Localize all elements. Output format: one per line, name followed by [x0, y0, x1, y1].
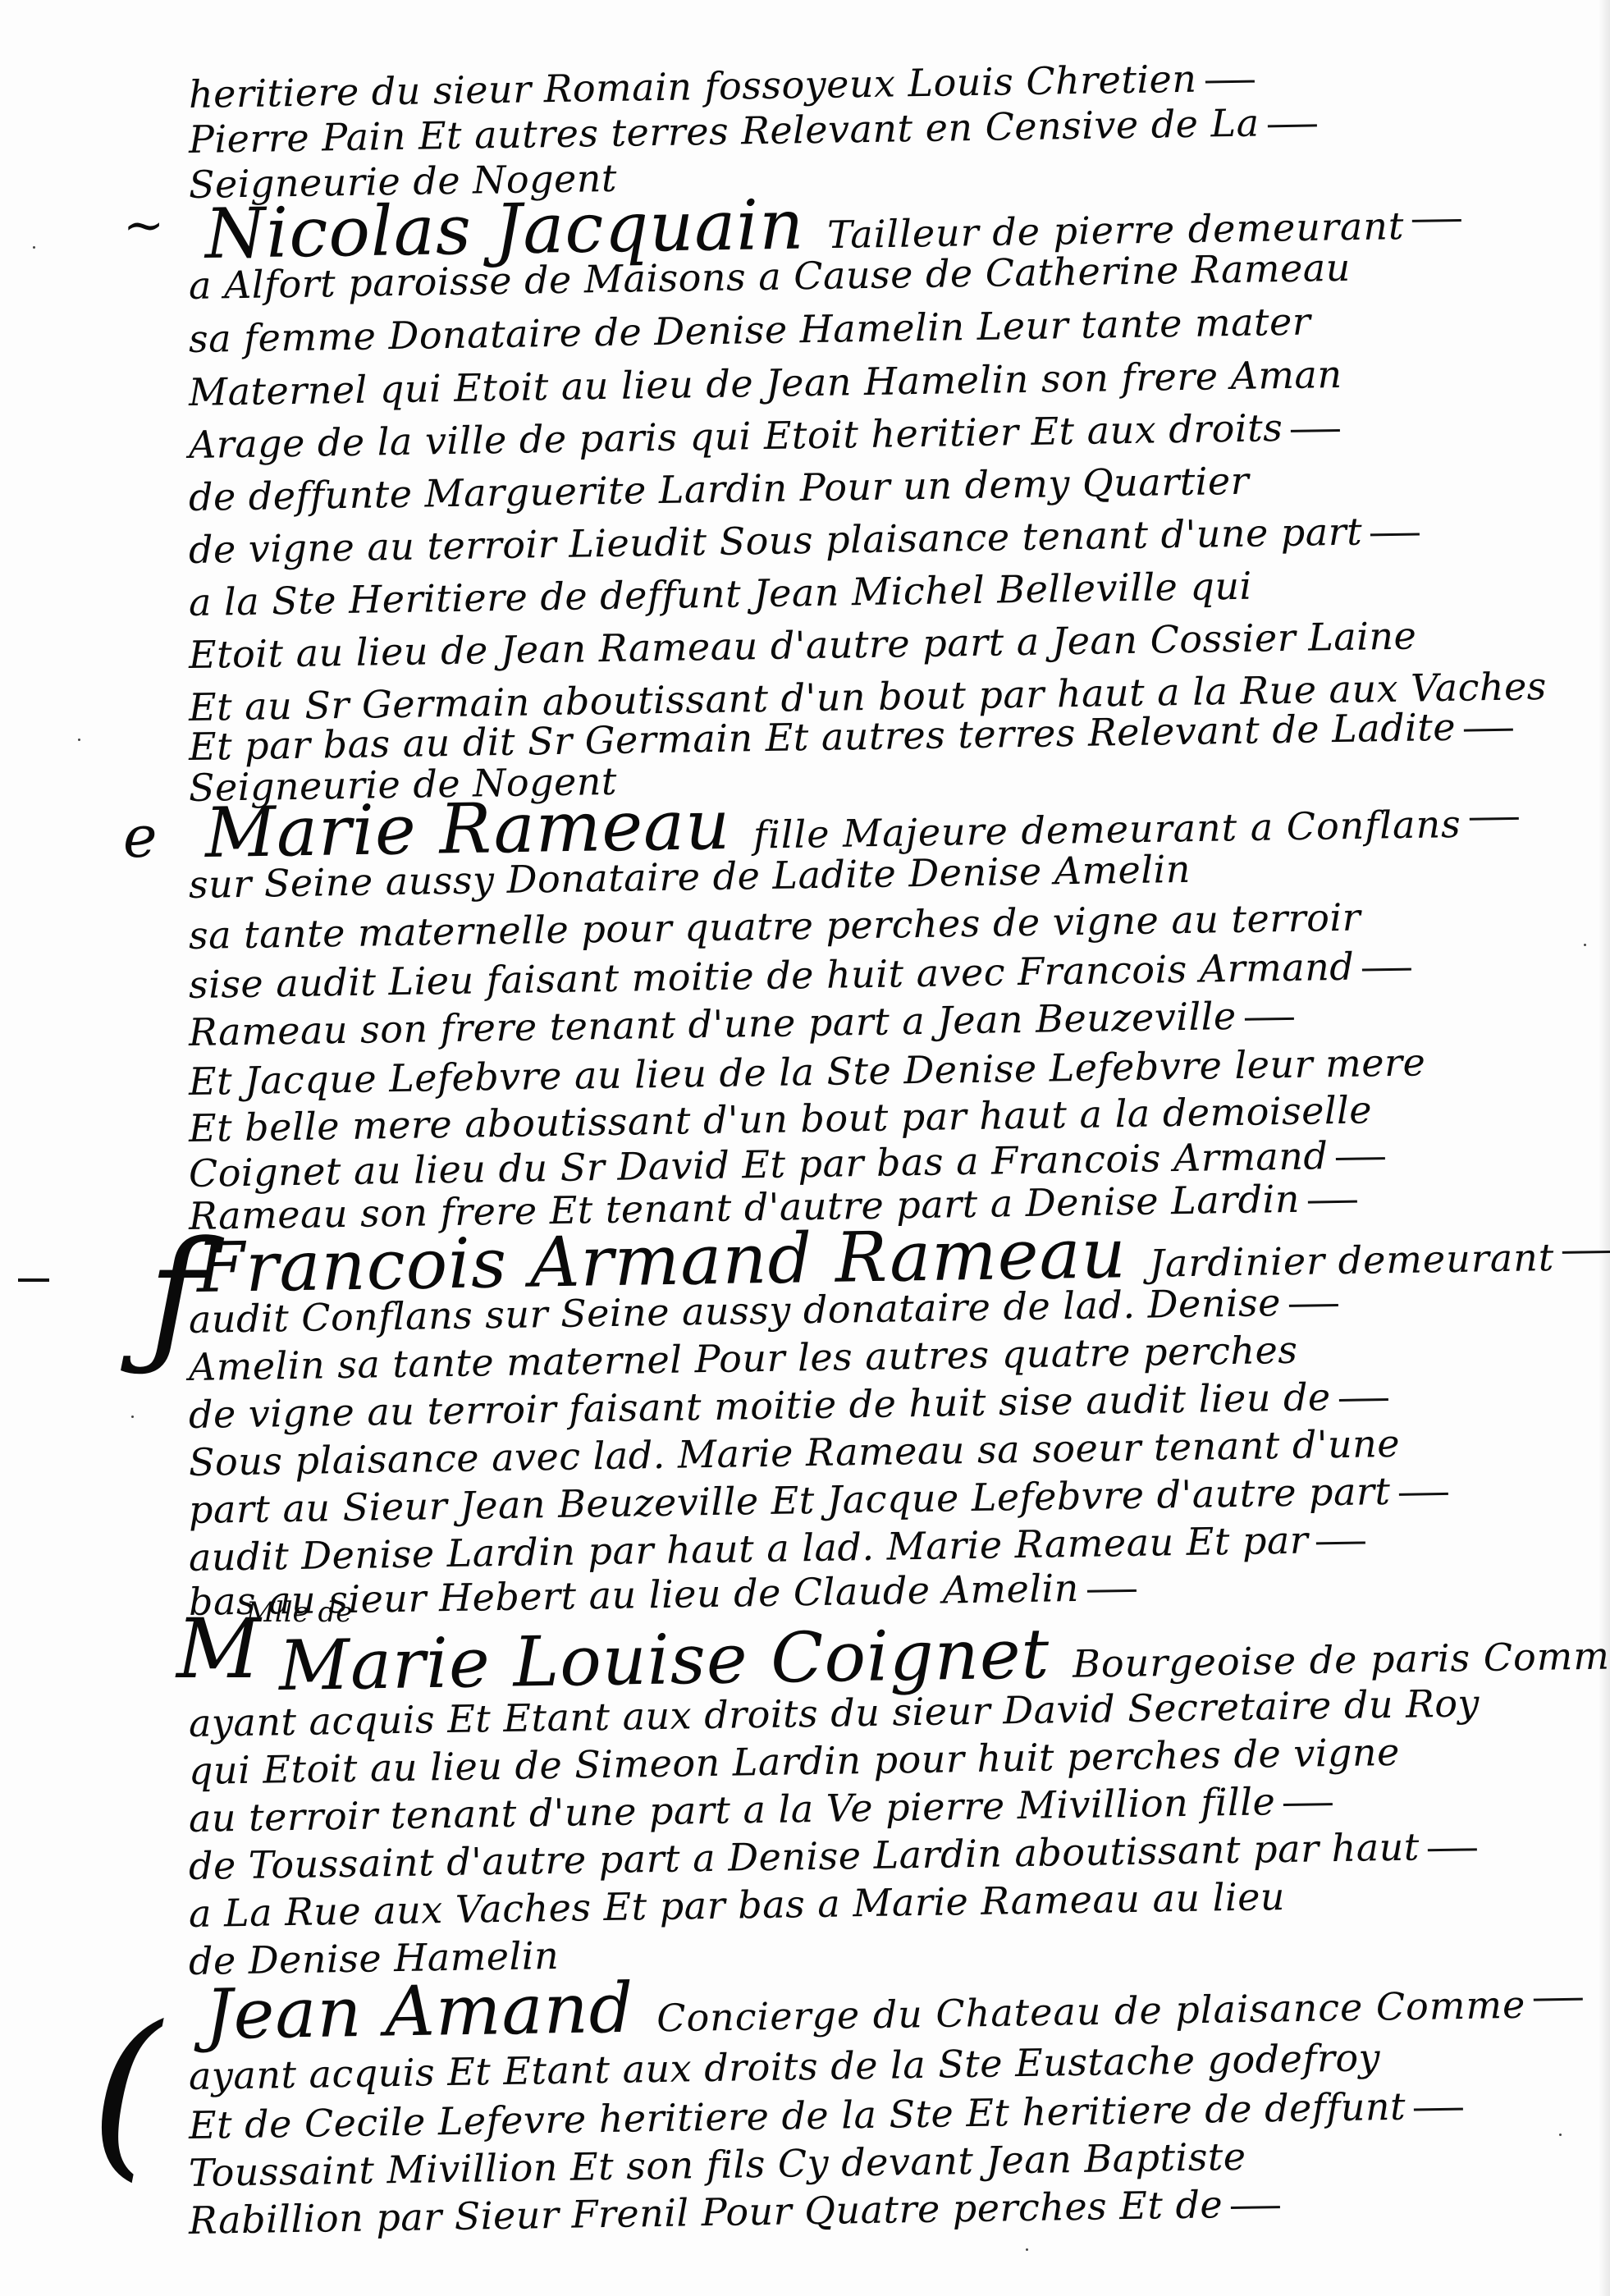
scan-speck: [78, 739, 80, 741]
page-edge-shadow: [1599, 0, 1610, 2296]
scan-speck: [33, 246, 35, 249]
entry-flourish-icon: ~: [123, 176, 164, 275]
scan-speck: [1584, 944, 1586, 946]
manuscript-page: heritiere du sieur Romain fossoyeux Loui…: [0, 0, 1610, 2296]
margin-dash-mark: [18, 1278, 49, 1282]
entry-flourish-icon: e: [123, 788, 157, 886]
scan-speck: [1559, 2134, 1562, 2136]
scan-speck: [131, 1416, 134, 1418]
entry-5-name: Jean Amand: [204, 1968, 634, 2055]
scan-speck: [1026, 2248, 1028, 2251]
entry-5-occupation: Concierge du Chateau de plaisance Comme: [656, 1983, 1526, 2041]
entry-flourish-icon: (: [90, 2002, 161, 2183]
